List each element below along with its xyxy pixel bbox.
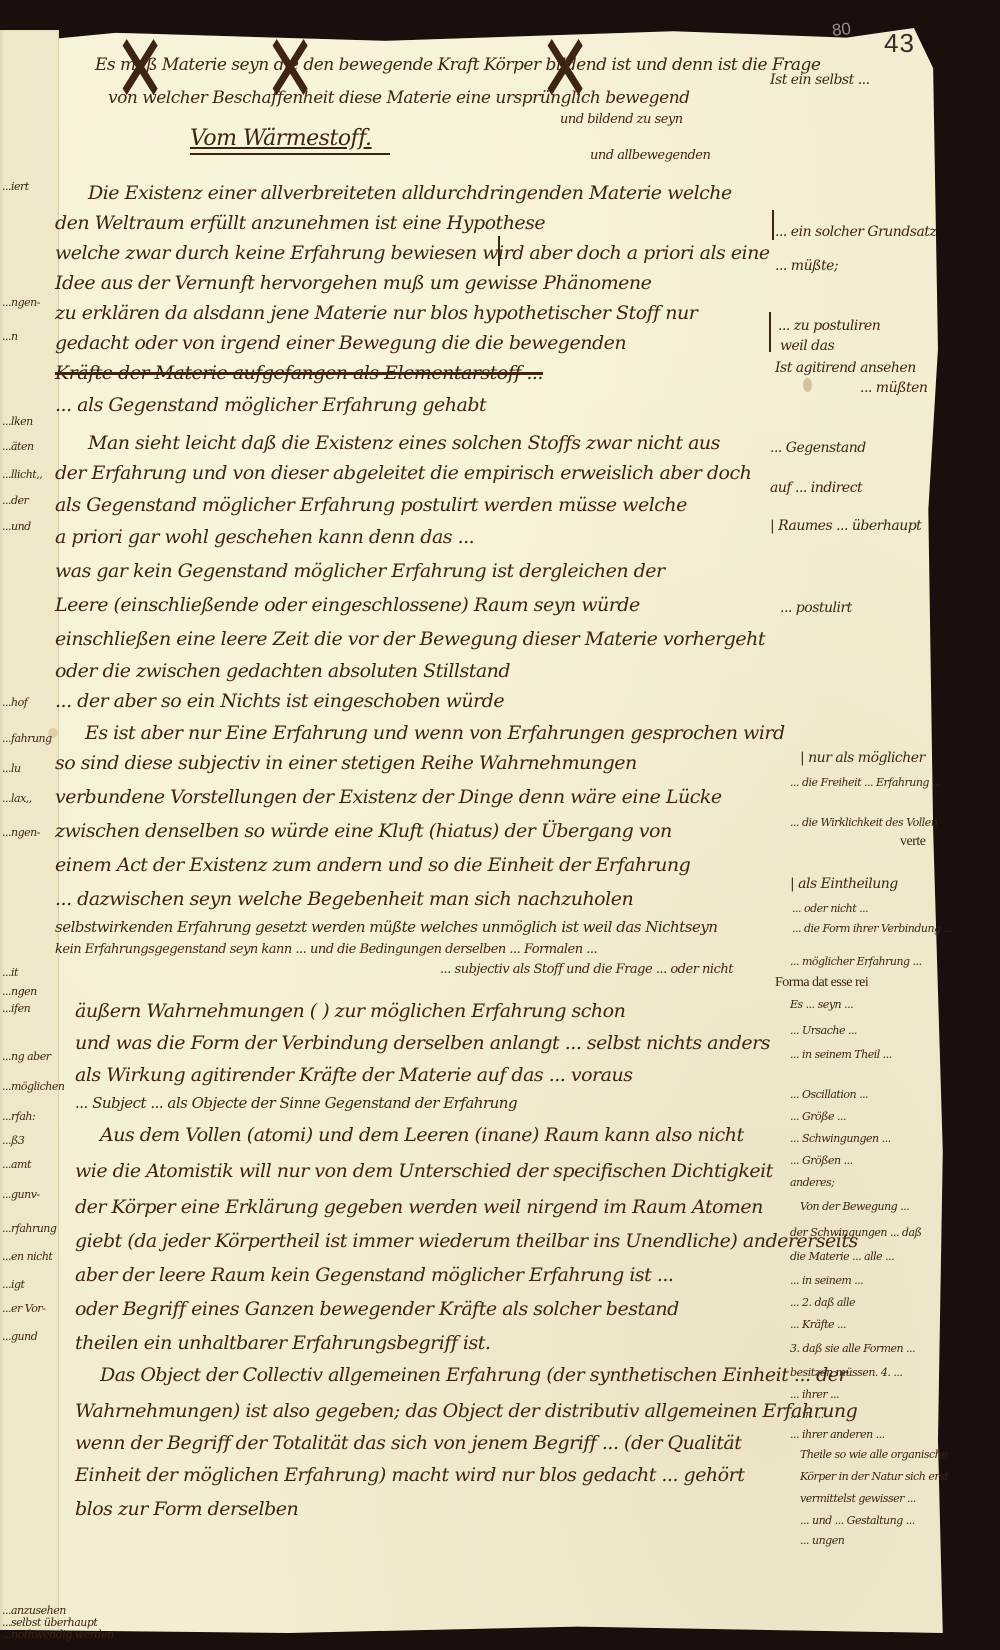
left-strip-fragment: ...lken (2, 415, 33, 428)
body-line: Leere (einschließende oder eingeschlosse… (55, 594, 640, 616)
left-strip-fragment: ...rfah: (2, 1110, 35, 1123)
margin-note: ... Schwingungen ... (790, 1132, 891, 1145)
margin-note: ... die Wirklichkeit des Vollen (790, 816, 937, 829)
margin-note: ... die Form ihrer Verbindung ... (792, 922, 953, 935)
margin-note: anderes; (790, 1176, 834, 1189)
margin-note: ... möglicher Erfahrung ... (790, 955, 922, 968)
margin-note: Theile so wie alle organische (800, 1448, 947, 1461)
margin-note: ... in seinem Theil ... (790, 1048, 892, 1061)
cross-out-mark: ✕ (540, 22, 590, 118)
bracket-mark (498, 236, 500, 266)
margin-note: ... müßten (860, 380, 927, 396)
left-strip-fragment: ...iert (2, 180, 29, 193)
left-strip-fragment: ...ß3 (2, 1134, 24, 1147)
left-strip-fragment: ...it (2, 966, 18, 979)
cross-out-mark: ✕ (265, 22, 315, 118)
body-line: wenn der Begriff der Totalität das sich … (75, 1432, 741, 1454)
left-strip-fragment: ...en nicht (2, 1250, 52, 1263)
verte-note: verte (900, 834, 925, 850)
margin-note: ... in seinem ... (790, 1274, 863, 1287)
body-line: kein Erfahrungsgegenstand seyn kann ... … (55, 942, 597, 957)
body-line: oder die zwischen gedachten absoluten St… (55, 660, 510, 682)
body-line: zwischen denselben so würde eine Kluft (… (55, 820, 672, 842)
body-line: zu erklären da alsdann jene Materie nur … (55, 302, 697, 324)
margin-note: ... und ... Gestaltung ... (800, 1514, 915, 1527)
body-line: selbstwirkenden Erfahrung gesetzt werden… (55, 918, 717, 936)
margin-note: ... postulirt (780, 600, 852, 616)
body-line: Das Object der Collectiv allgemeinen Erf… (100, 1364, 847, 1386)
header-line: Es muß Materie seyn die den bewegende Kr… (95, 55, 820, 75)
bracket-mark (772, 210, 774, 240)
body-line: als Wirkung agitirender Kräfte der Mater… (75, 1064, 632, 1086)
left-strip-fragment: ...amt (2, 1158, 31, 1171)
body-line: ... der aber so ein Nichts ist eingescho… (55, 690, 504, 712)
margin-note: ... Oscillation ... (790, 1088, 868, 1101)
body-line: äußern Wahrnehmungen ( ) zur möglichen E… (75, 1000, 625, 1022)
body-line: giebt (da jeder Körpertheil ist immer wi… (75, 1230, 858, 1252)
body-line: der Erfahrung und von dieser abgeleitet … (55, 462, 751, 484)
body-line: ... subjectiv als Stoff und die Frage ..… (440, 962, 733, 977)
header-line: von welcher Beschaffenheit diese Materie… (108, 88, 690, 108)
left-strip-fragment: ...llicht,, (2, 468, 42, 481)
margin-note: die Materie ... alle ... (790, 1250, 894, 1263)
left-strip-fragment: ...n (2, 330, 18, 343)
folio-pencil-number: 80 (831, 19, 852, 41)
left-strip-fragment: ...ngen- (2, 826, 40, 839)
left-strip-fragment: ...gunv- (2, 1188, 40, 1201)
underline-mark (190, 153, 390, 155)
body-line: Man sieht leicht daß die Existenz eines … (88, 432, 720, 454)
margin-note: Ist agitirend ansehen (775, 360, 916, 376)
body-line: blos zur Form derselben (75, 1498, 298, 1520)
left-strip-fragment: ...hof (2, 696, 27, 709)
left-strip-fragment: ...lu (2, 762, 21, 775)
body-line: ... Subject ... als Objecte der Sinne Ge… (75, 1094, 517, 1112)
body-line: den Weltraum erfüllt anzunehmen ist eine… (55, 212, 545, 234)
bracket-mark (769, 312, 771, 352)
left-strip-fragment: ...fahrung (2, 732, 52, 745)
margin-note: besitzen müssen. 4. ... (790, 1366, 902, 1379)
left-strip-fragment: ...ifen (2, 1002, 30, 1015)
body-line: Idee aus der Vernunft hervorgehen muß um… (55, 272, 651, 294)
margin-note: ... in ... (790, 1408, 824, 1421)
body-line: Es ist aber nur Eine Erfahrung und wenn … (85, 722, 785, 744)
margin-note: ... 2. daß alle (790, 1296, 855, 1309)
margin-note: ... ihrer ... (790, 1388, 839, 1401)
body-line: und was die Form der Verbindung derselbe… (75, 1032, 770, 1054)
margin-note: ... Größen ... (790, 1154, 853, 1167)
left-strip-fragment: ...der (2, 494, 28, 507)
left-strip-fragment: ...gund (2, 1330, 37, 1343)
body-line: ... dazwischen seyn welche Begebenheit m… (55, 888, 633, 910)
margin-note: ... zu postuliren (778, 318, 880, 334)
margin-note: vermittelst gewisser ... (800, 1492, 916, 1505)
body-line: ... als Gegenstand möglicher Erfahrung g… (55, 394, 486, 416)
left-strip-fragment: ...ng aber (2, 1050, 50, 1063)
body-line: als Gegenstand möglicher Erfahrung postu… (55, 494, 687, 516)
margin-note: ... müßte; (775, 258, 838, 274)
margin-note: ... Ursache ... (790, 1024, 857, 1037)
bottom-left-note: ...nothwendig werden (2, 1628, 114, 1641)
left-strip-fragment: ...igt (2, 1278, 24, 1291)
heading-vom-waermestoff: Vom Wärmestoff. (190, 126, 372, 151)
body-line: was gar kein Gegenstand möglicher Erfahr… (55, 560, 665, 582)
left-strip-fragment: ...äten (2, 440, 34, 453)
left-strip-fragment: ...er Vor- (2, 1302, 45, 1315)
body-line: der Körper eine Erklärung gegeben werden… (75, 1196, 763, 1218)
folio-ink-number: 43 (884, 28, 915, 59)
margin-note: ... die Freiheit ... Erfahrung ... (790, 776, 941, 789)
margin-note: der Schwingungen ... daß (790, 1226, 921, 1239)
margin-note: ... Kräfte ... (790, 1318, 846, 1331)
margin-note: ... Gegenstand (770, 440, 866, 456)
body-line: gedacht oder von irgend einer Bewegung d… (55, 332, 626, 354)
left-strip-fragment: ...möglichen (2, 1080, 64, 1093)
left-strip-fragment: ...rfahrung (2, 1222, 56, 1235)
body-line: verbundene Vorstellungen der Existenz de… (55, 786, 722, 808)
cross-out-mark: ✕ (115, 22, 165, 118)
margin-note: | Raumes ... überhaupt (770, 518, 921, 534)
margin-note: Ist ein selbst ... (770, 72, 870, 88)
left-strip-fragment: ...lax,, (2, 792, 32, 805)
body-line: Kräfte der Materie aufgefangen als Eleme… (55, 362, 543, 384)
margin-note: Körper in der Natur sich erst (800, 1470, 948, 1483)
body-line: einschließen eine leere Zeit die vor der… (55, 628, 765, 650)
body-line: Die Existenz einer allverbreiteten alldu… (88, 182, 732, 204)
body-line: so sind diese subjectiv in einer stetige… (55, 752, 637, 774)
body-line: theilen ein unhaltbarer Erfahrungsbegrif… (75, 1332, 490, 1354)
margin-note: ... ihrer anderen ... (790, 1428, 885, 1441)
body-line: wie die Atomistik will nur von dem Unter… (75, 1160, 773, 1182)
left-strip-fragment: ...ngen- (2, 296, 40, 309)
body-line: oder Begriff eines Ganzen bewegender Krä… (75, 1298, 679, 1320)
body-line: welche zwar durch keine Erfahrung bewies… (55, 242, 770, 264)
margin-note: Es ... seyn ... (790, 998, 853, 1011)
margin-note: 3. daß sie alle Formen ... (790, 1342, 915, 1355)
left-strip-fragment: ...ngen (2, 985, 37, 998)
body-line: Aus dem Vollen (atomi) und dem Leeren (i… (100, 1124, 744, 1146)
heading-note: und allbewegenden (590, 148, 710, 163)
ink-stain (803, 378, 812, 392)
body-line: a priori gar wohl geschehen kann denn da… (55, 526, 474, 548)
margin-note: auf ... indirect (770, 480, 862, 496)
margin-note: ... oder nicht ... (792, 902, 868, 915)
body-line: Wahrnehmungen) ist also gegeben; das Obj… (75, 1400, 857, 1422)
left-strip-fragment: ...und (2, 520, 31, 533)
body-line: einem Act der Existenz zum andern und so… (55, 854, 690, 876)
margin-note: ... ein solcher Grundsatz (775, 224, 936, 240)
margin-note: weil das (780, 338, 834, 354)
body-line: Einheit der möglichen Erfahrung) macht w… (75, 1464, 744, 1486)
margin-note: ... Größe ... (790, 1110, 846, 1123)
margin-note: Von der Bewegung ... (800, 1200, 909, 1213)
margin-note: | nur als möglicher (800, 750, 925, 766)
margin-note: ... ungen (800, 1534, 844, 1547)
margin-note: | als Eintheilung (790, 876, 898, 892)
forma-dat-esse-rei: Forma dat esse rei (775, 975, 868, 991)
body-line: aber der leere Raum kein Gegenstand mögl… (75, 1264, 673, 1286)
